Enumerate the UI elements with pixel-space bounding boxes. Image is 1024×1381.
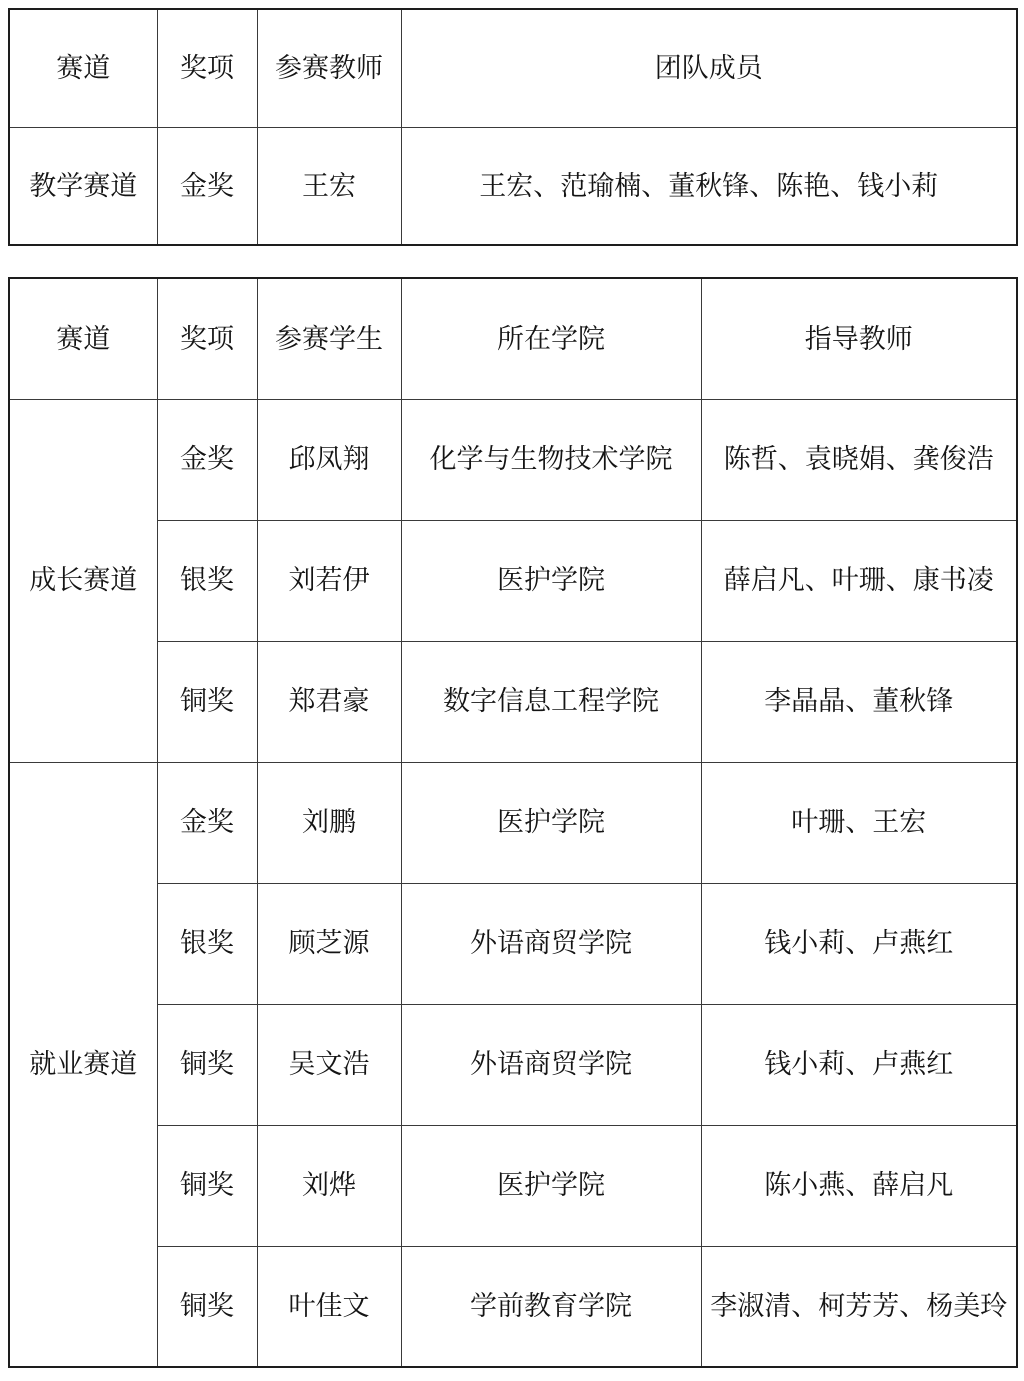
award-cell: 铜奖	[157, 641, 257, 762]
student-cell: 刘鹏	[257, 762, 401, 883]
header-advisors: 指导教师	[701, 278, 1017, 399]
student-cell: 吴文浩	[257, 1004, 401, 1125]
award-cell: 铜奖	[157, 1125, 257, 1246]
advisors-cell: 钱小莉、卢燕红	[701, 883, 1017, 1004]
student-table-header-row: 赛道 奖项 参赛学生 所在学院 指导教师	[9, 278, 1017, 399]
award-cell: 金奖	[157, 399, 257, 520]
advisors-cell: 钱小莉、卢燕红	[701, 1004, 1017, 1125]
teacher-cell: 王宏	[257, 127, 401, 245]
advisors-cell: 陈小燕、薛启凡	[701, 1125, 1017, 1246]
award-cell: 银奖	[157, 520, 257, 641]
header-teacher: 参赛教师	[257, 9, 401, 127]
student-cell: 顾芝源	[257, 883, 401, 1004]
college-cell: 医护学院	[401, 762, 701, 883]
table-row: 铜奖 吴文浩 外语商贸学院 钱小莉、卢燕红	[9, 1004, 1017, 1125]
student-cell: 邱凤翔	[257, 399, 401, 520]
advisors-cell: 陈哲、袁晓娟、龚俊浩	[701, 399, 1017, 520]
header-track: 赛道	[9, 9, 157, 127]
college-cell: 医护学院	[401, 520, 701, 641]
header-college: 所在学院	[401, 278, 701, 399]
track-cell-employment: 就业赛道	[9, 762, 157, 1367]
teacher-awards-table: 赛道 奖项 参赛教师 团队成员 教学赛道 金奖 王宏 王宏、范瑜楠、董秋锋、陈艳…	[8, 8, 1018, 246]
award-cell: 铜奖	[157, 1004, 257, 1125]
award-cell: 银奖	[157, 883, 257, 1004]
college-cell: 外语商贸学院	[401, 883, 701, 1004]
college-cell: 医护学院	[401, 1125, 701, 1246]
award-cell: 铜奖	[157, 1246, 257, 1367]
table-row: 教学赛道 金奖 王宏 王宏、范瑜楠、董秋锋、陈艳、钱小莉	[9, 127, 1017, 245]
student-cell: 刘烨	[257, 1125, 401, 1246]
header-student: 参赛学生	[257, 278, 401, 399]
student-cell: 郑君豪	[257, 641, 401, 762]
college-cell: 学前教育学院	[401, 1246, 701, 1367]
track-cell-growth: 成长赛道	[9, 399, 157, 762]
award-cell: 金奖	[157, 127, 257, 245]
student-cell: 叶佳文	[257, 1246, 401, 1367]
advisors-cell: 叶珊、王宏	[701, 762, 1017, 883]
team-members-cell: 王宏、范瑜楠、董秋锋、陈艳、钱小莉	[401, 127, 1017, 245]
college-cell: 数字信息工程学院	[401, 641, 701, 762]
student-cell: 刘若伊	[257, 520, 401, 641]
table-row: 银奖 刘若伊 医护学院 薛启凡、叶珊、康书凌	[9, 520, 1017, 641]
track-cell: 教学赛道	[9, 127, 157, 245]
table-row: 铜奖 刘烨 医护学院 陈小燕、薛启凡	[9, 1125, 1017, 1246]
table-row: 铜奖 郑君豪 数字信息工程学院 李晶晶、董秋锋	[9, 641, 1017, 762]
header-team-members: 团队成员	[401, 9, 1017, 127]
table-row: 成长赛道 金奖 邱凤翔 化学与生物技术学院 陈哲、袁晓娟、龚俊浩	[9, 399, 1017, 520]
header-track: 赛道	[9, 278, 157, 399]
document-page: 赛道 奖项 参赛教师 团队成员 教学赛道 金奖 王宏 王宏、范瑜楠、董秋锋、陈艳…	[0, 0, 1024, 1381]
table-row: 银奖 顾芝源 外语商贸学院 钱小莉、卢燕红	[9, 883, 1017, 1004]
advisors-cell: 薛启凡、叶珊、康书凌	[701, 520, 1017, 641]
college-cell: 化学与生物技术学院	[401, 399, 701, 520]
header-award: 奖项	[157, 9, 257, 127]
advisors-cell: 李淑清、柯芳芳、杨美玲	[701, 1246, 1017, 1367]
college-cell: 外语商贸学院	[401, 1004, 701, 1125]
teacher-table-header-row: 赛道 奖项 参赛教师 团队成员	[9, 9, 1017, 127]
student-awards-table: 赛道 奖项 参赛学生 所在学院 指导教师 成长赛道 金奖 邱凤翔 化学与生物技术…	[8, 277, 1018, 1368]
table-row: 就业赛道 金奖 刘鹏 医护学院 叶珊、王宏	[9, 762, 1017, 883]
table-row: 铜奖 叶佳文 学前教育学院 李淑清、柯芳芳、杨美玲	[9, 1246, 1017, 1367]
award-cell: 金奖	[157, 762, 257, 883]
header-award: 奖项	[157, 278, 257, 399]
advisors-cell: 李晶晶、董秋锋	[701, 641, 1017, 762]
